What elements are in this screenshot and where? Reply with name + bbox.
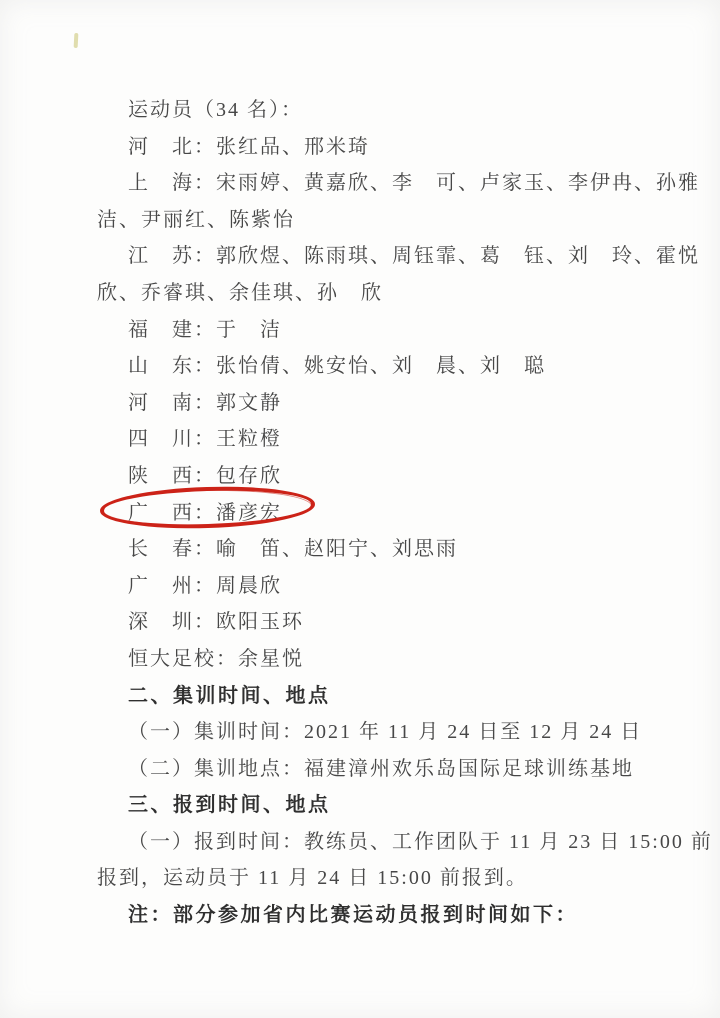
doc-line: 陕 西：包存欣 [97,458,660,495]
document-lines: 运动员（34 名）：河 北：张红品、邢米琦上 海：宋雨婷、黄嘉欣、李 可、卢家玉… [97,92,660,934]
doc-line: 洁、尹丽红、陈紫怡 [97,202,660,239]
doc-line: 江 苏：郭欣煜、陈雨琪、周钰霏、葛 钰、刘 玲、霍悦 [97,238,660,275]
doc-line: 注：部分参加省内比赛运动员报到时间如下： [97,897,660,934]
doc-line: 山 东：张怡倩、姚安怡、刘 晨、刘 聪 [97,348,660,385]
doc-line: 恒大足校：余星悦 [97,641,660,678]
doc-line: 三、报到时间、地点 [97,787,660,824]
doc-line: 广 州：周晨欣 [97,568,660,605]
doc-line: 报到，运动员于 11 月 24 日 15:00 前报到。 [97,860,660,897]
doc-line: 二、集训时间、地点 [97,678,660,715]
doc-line: 欣、乔睿琪、余佳琪、孙 欣 [97,275,660,312]
doc-line: 上 海：宋雨婷、黄嘉欣、李 可、卢家玉、李伊冉、孙雅 [97,165,660,202]
scanned-document-page: 运动员（34 名）：河 北：张红品、邢米琦上 海：宋雨婷、黄嘉欣、李 可、卢家玉… [0,0,720,1018]
doc-line: 运动员（34 名）： [97,92,660,129]
doc-line: 河 南：郭文静 [97,385,660,422]
doc-line: 长 春：喻 笛、赵阳宁、刘思雨 [97,531,660,568]
doc-line: 深 圳：欧阳玉环 [97,604,660,641]
doc-line: 河 北：张红品、邢米琦 [97,129,660,166]
doc-line: （一）集训时间：2021 年 11 月 24 日至 12 月 24 日 [97,714,660,751]
scan-artifact-mark [74,33,79,48]
doc-line: 四 川：王粒橙 [97,421,660,458]
doc-line: 广 西：潘彦宏 [97,495,660,532]
doc-line: （一）报到时间：教练员、工作团队于 11 月 23 日 15:00 前 [97,824,660,861]
circled-text: 广 西：潘彦宏 [128,495,282,532]
doc-line: 福 建：于 洁 [97,312,660,349]
doc-line: （二）集训地点：福建漳州欢乐岛国际足球训练基地 [97,751,660,788]
